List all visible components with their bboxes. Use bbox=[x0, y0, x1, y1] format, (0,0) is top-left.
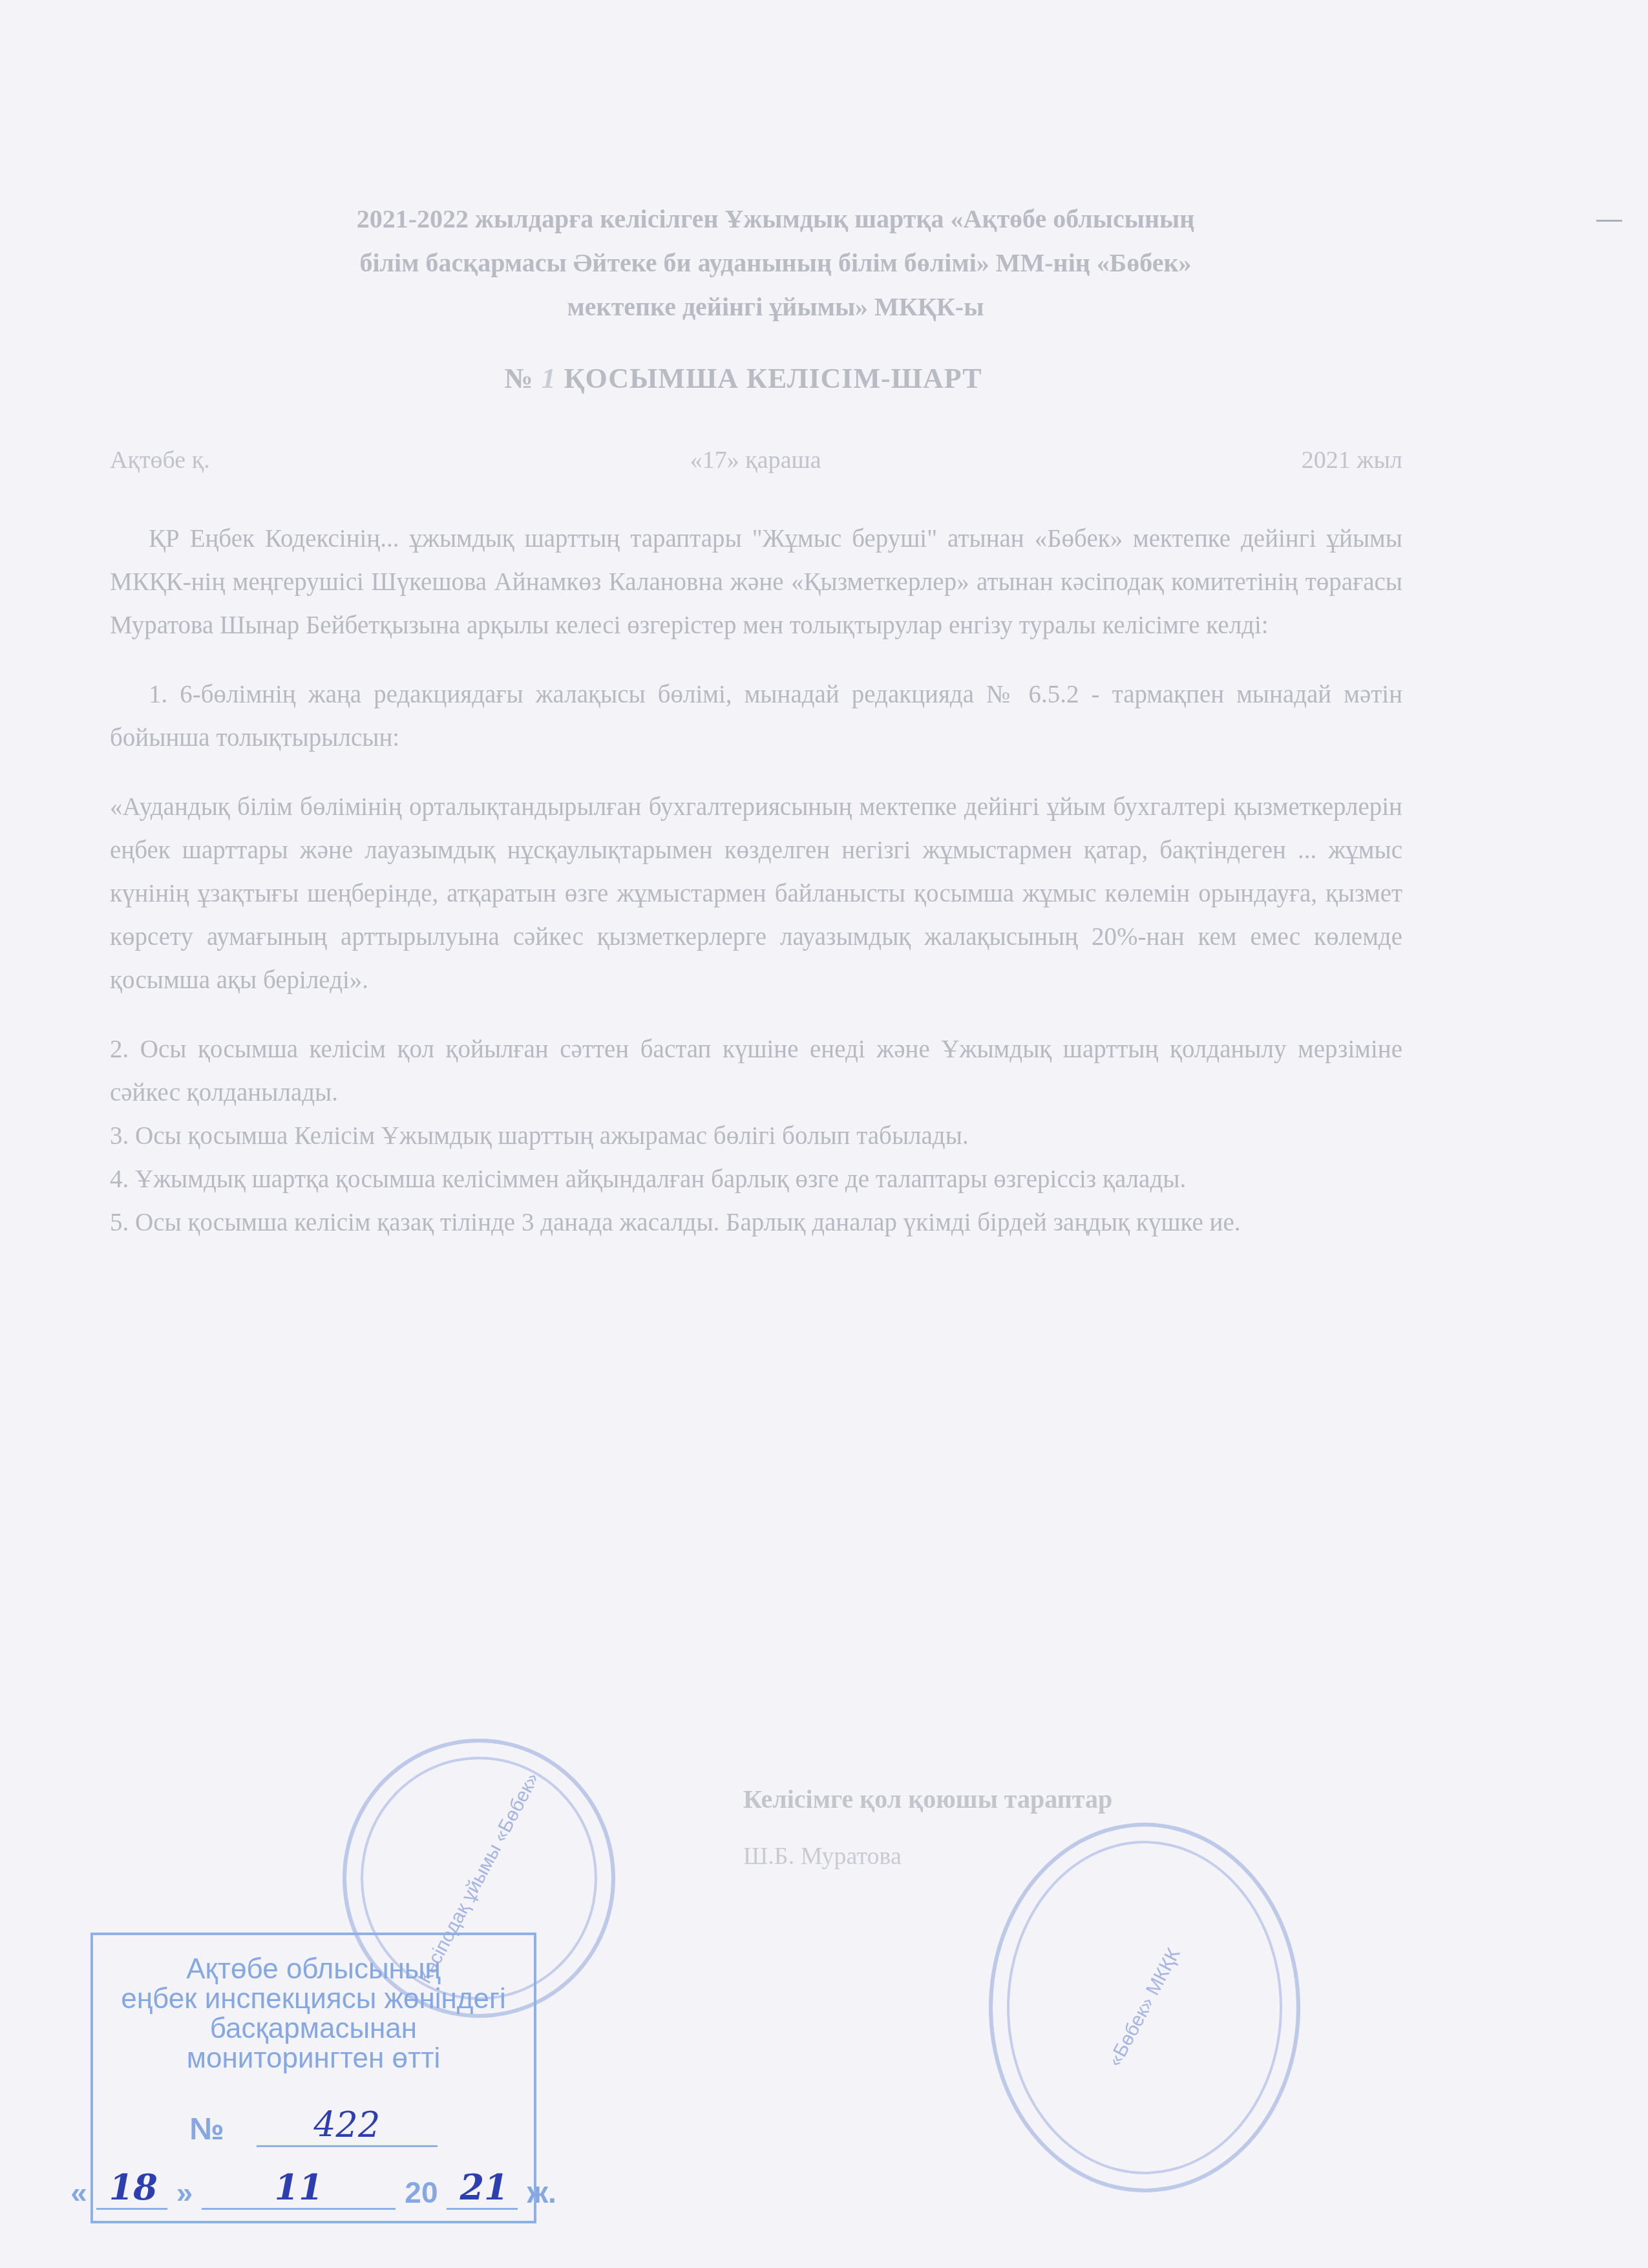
paragraph-preamble: ҚР Еңбек Кодексінің... ұжымдық шарттың т… bbox=[110, 517, 1402, 647]
stamp-date-month: 11 bbox=[202, 2167, 396, 2210]
paragraph-quote: «Аудандық білім бөлімінің орталықтандыры… bbox=[110, 785, 1402, 1002]
seal-right-text: «Бөбек» МКҚК bbox=[913, 1788, 1375, 2227]
stamp-line: Ақтөбе облысының bbox=[93, 1955, 534, 1984]
date-handwritten: «17» қараша bbox=[690, 446, 821, 474]
header-line: білім басқармасы Әйтеке би ауданының біл… bbox=[110, 241, 1441, 285]
stamp-date-day: 18 bbox=[96, 2167, 167, 2210]
title-number: 1 bbox=[542, 363, 556, 394]
stamp-date-year-suffix: 21 bbox=[447, 2167, 518, 2210]
document-title: № 1 ҚОСЫМША КЕЛІСІМ-ШАРТ bbox=[388, 362, 1099, 395]
place: Ақтөбе қ. bbox=[110, 446, 210, 474]
margin-mark bbox=[1596, 220, 1622, 222]
paragraph-item-4: 4. Ұжымдық шартқа қосымша келісіммен айқ… bbox=[110, 1158, 1402, 1201]
signature-name: Ш.Б. Муратова bbox=[743, 1842, 902, 1871]
paragraph-item-1: 1. 6-бөлімнің жаңа редакциядағы жалақысы… bbox=[110, 673, 1402, 759]
stamp-date-close-quote: » bbox=[176, 2175, 193, 2210]
document-body: ҚР Еңбек Кодексінің... ұжымдық шарттың т… bbox=[110, 517, 1402, 1244]
paragraph-item-2: 2. Осы қосымша келісім қол қойылған сәтт… bbox=[110, 1028, 1402, 1114]
scanned-document-page: 2021-2022 жылдарға келісілген Ұжымдық ша… bbox=[0, 0, 1648, 2268]
document-header: 2021-2022 жылдарға келісілген Ұжымдық ша… bbox=[110, 197, 1441, 329]
place-date-line: Ақтөбе қ. «17» қараша 2021 жыл bbox=[110, 446, 1402, 474]
stamp-number-value: 422 bbox=[257, 2104, 438, 2147]
header-line: мектепке дейінгі ұйымы» МКҚК-ы bbox=[110, 285, 1441, 329]
title-text: ҚОСЫМША КЕЛІСІМ-ШАРТ bbox=[564, 363, 982, 394]
title-number-label: № bbox=[504, 363, 533, 394]
stamp-line: басқармасынан bbox=[93, 2014, 534, 2044]
header-line: 2021-2022 жылдарға келісілген Ұжымдық ша… bbox=[110, 197, 1441, 241]
round-seal-right: «Бөбек» МКҚК bbox=[989, 1823, 1300, 2192]
stamp-date-suffix: ж. bbox=[527, 2175, 556, 2210]
stamp-line: еңбек инспекциясы жөніндегі bbox=[93, 1984, 534, 2014]
stamp-line: мониторингтен өтті bbox=[93, 2044, 534, 2073]
labor-inspection-stamp: Ақтөбе облысының еңбек инспекциясы жөнін… bbox=[90, 1933, 536, 2223]
stamp-number-label: № bbox=[189, 2112, 224, 2147]
stamp-date-row: « 18 » 11 20 21 ж. bbox=[93, 2167, 534, 2210]
stamp-date-open-quote: « bbox=[70, 2175, 87, 2210]
paragraph-item-5: 5. Осы қосымша келісім қазақ тілінде 3 д… bbox=[110, 1201, 1402, 1244]
paragraph-item-3: 3. Осы қосымша Келісім Ұжымдық шарттың а… bbox=[110, 1114, 1402, 1158]
stamp-number-row: № 422 bbox=[93, 2104, 534, 2147]
stamp-date-year-prefix: 20 bbox=[405, 2175, 438, 2210]
date-year: 2021 жыл bbox=[1302, 446, 1402, 474]
